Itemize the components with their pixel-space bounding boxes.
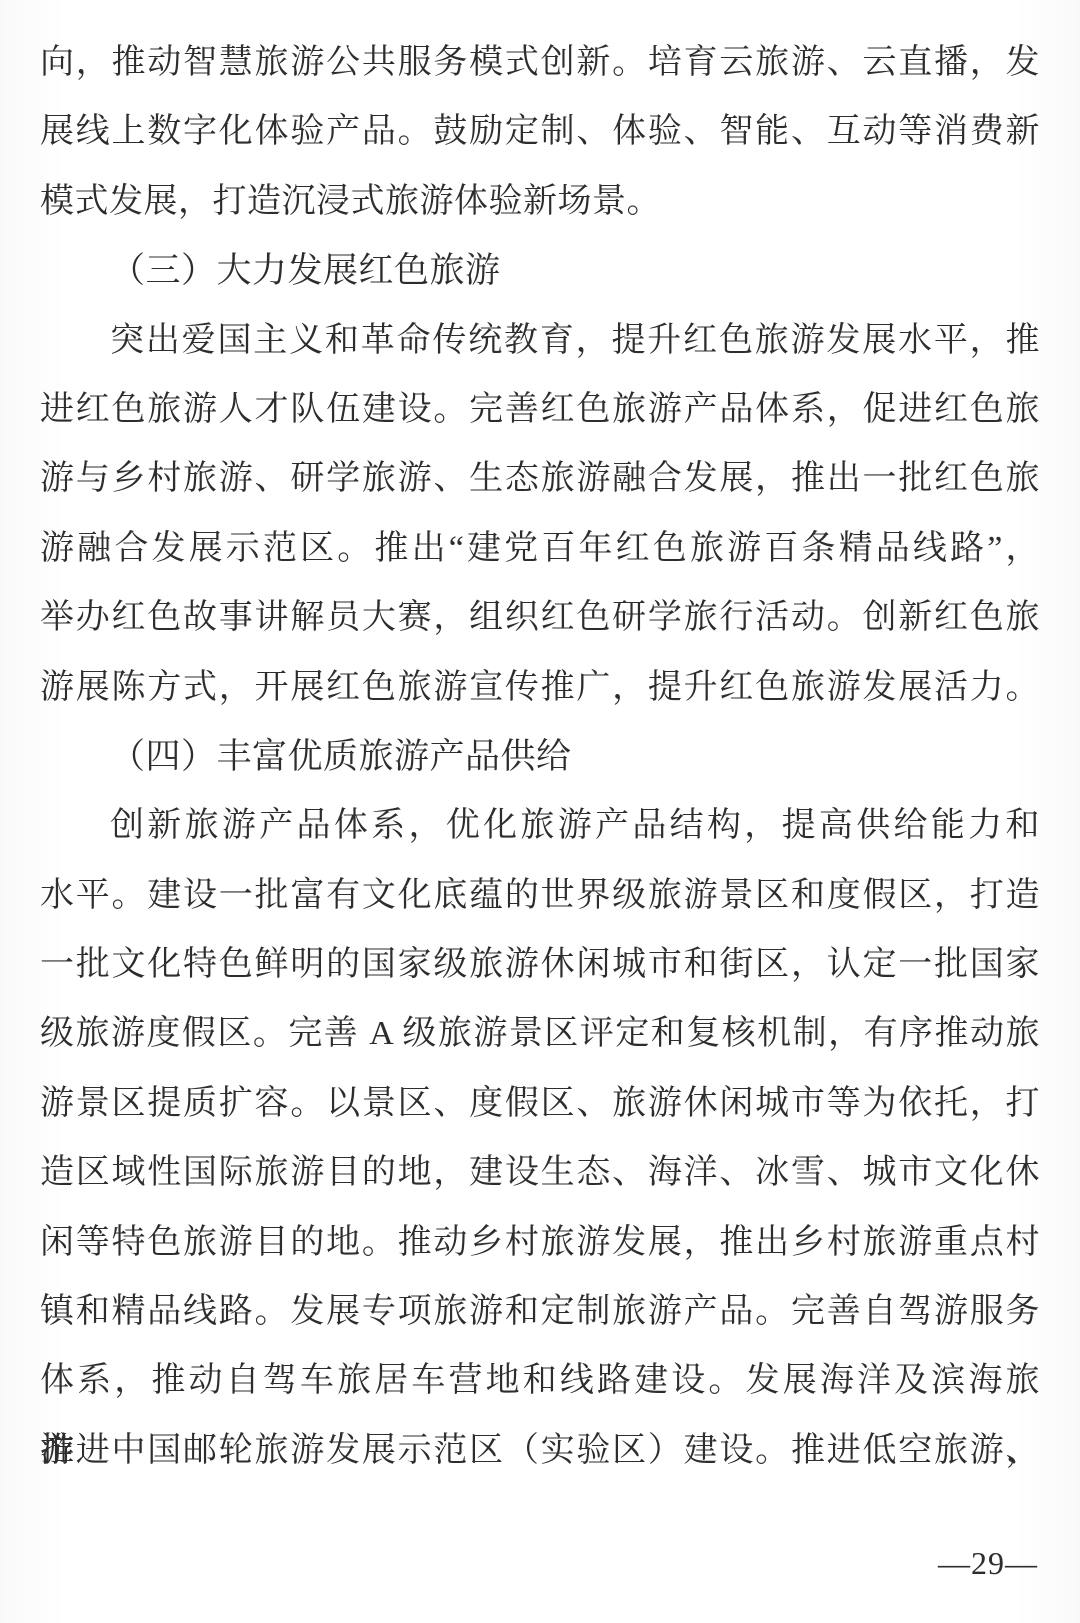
section-heading: （四）丰富优质旅游产品供给 bbox=[40, 722, 1040, 791]
text-line: 一批文化特色鲜明的国家级旅游休闲城市和街区，认定一批国家 bbox=[40, 930, 1040, 999]
document-page: 向，推动智慧旅游公共服务模式创新。培育云旅游、云直播，发展线上数字化体验产品。鼓… bbox=[0, 0, 1080, 1623]
text-line: 模式发展，打造沉浸式旅游体验新场景。 bbox=[40, 167, 1040, 236]
text-line: 推进中国邮轮旅游发展示范区（实验区）建设。推进低空旅游、 bbox=[40, 1416, 1040, 1485]
page-number: —29— bbox=[938, 1545, 1038, 1582]
text-line: 体系，推动自驾车旅居车营地和线路建设。发展海洋及滨海旅游， bbox=[40, 1346, 1040, 1415]
text-line: 闲等特色旅游目的地。推动乡村旅游发展，推出乡村旅游重点村 bbox=[40, 1208, 1040, 1277]
text-line: 游融合发展示范区。推出“建党百年红色旅游百条精品线路”， bbox=[40, 514, 1040, 583]
text-line: 造区域性国际旅游目的地，建设生态、海洋、冰雪、城市文化休 bbox=[40, 1138, 1040, 1207]
text-line: 创新旅游产品体系，优化旅游产品结构，提高供给能力和 bbox=[40, 791, 1040, 860]
text-line: 镇和精品线路。发展专项旅游和定制旅游产品。完善自驾游服务 bbox=[40, 1277, 1040, 1346]
text-line: 举办红色故事讲解员大赛，组织红色研学旅行活动。创新红色旅 bbox=[40, 583, 1040, 652]
text-line: 水平。建设一批富有文化底蕴的世界级旅游景区和度假区，打造 bbox=[40, 861, 1040, 930]
text-line: 展线上数字化体验产品。鼓励定制、体验、智能、互动等消费新 bbox=[40, 97, 1040, 166]
section-heading: （三）大力发展红色旅游 bbox=[40, 236, 1040, 305]
text-line: 进红色旅游人才队伍建设。完善红色旅游产品体系，促进红色旅 bbox=[40, 375, 1040, 444]
text-line: 游与乡村旅游、研学旅游、生态旅游融合发展，推出一批红色旅 bbox=[40, 444, 1040, 513]
text-line: 突出爱国主义和革命传统教育，提升红色旅游发展水平，推 bbox=[40, 306, 1040, 375]
text-line: 游景区提质扩容。以景区、度假区、旅游休闲城市等为依托，打 bbox=[40, 1069, 1040, 1138]
text-line: 游展陈方式，开展红色旅游宣传推广，提升红色旅游发展活力。 bbox=[40, 653, 1040, 722]
text-line: 向，推动智慧旅游公共服务模式创新。培育云旅游、云直播，发 bbox=[40, 28, 1040, 97]
document-text-body: 向，推动智慧旅游公共服务模式创新。培育云旅游、云直播，发展线上数字化体验产品。鼓… bbox=[0, 0, 1080, 1485]
text-line: 级旅游度假区。完善 A 级旅游景区评定和复核机制，有序推动旅 bbox=[40, 999, 1040, 1068]
